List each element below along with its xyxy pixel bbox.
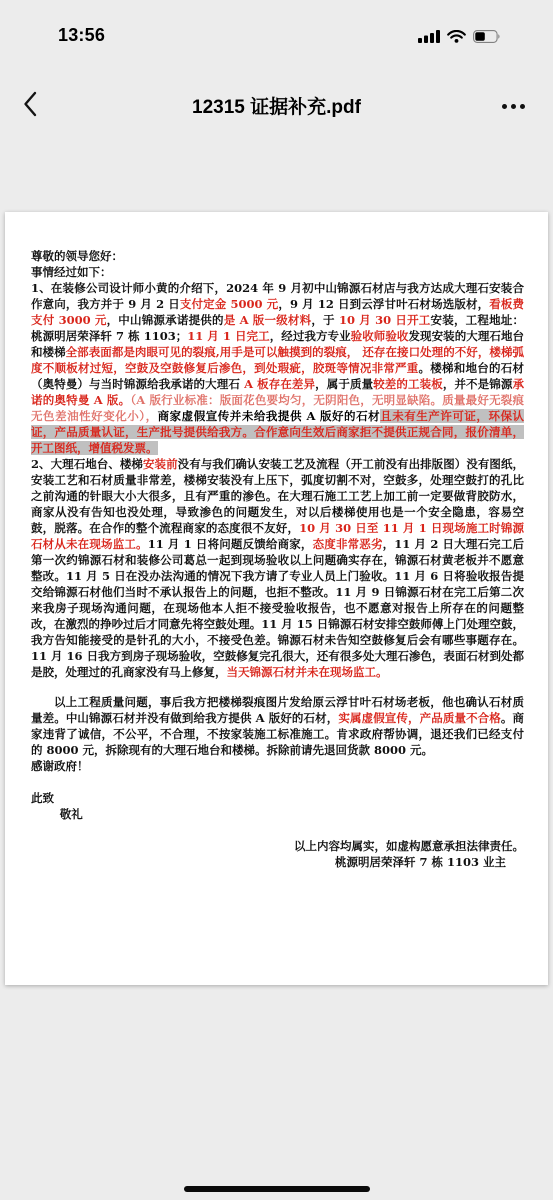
text-segment: 当天锦源石材并未在现场监工。: [227, 665, 388, 679]
battery-icon: [473, 30, 501, 43]
home-indicator[interactable]: [184, 1186, 370, 1192]
text-segment: 2、大理石地台、楼梯: [31, 457, 143, 471]
text-segment: 11 月 1 日完工: [187, 329, 269, 343]
ellipsis-icon: [502, 104, 525, 109]
text-segment: 10 月 30 日开工: [339, 313, 431, 327]
doc-paragraph: 事情经过如下：: [31, 264, 524, 280]
clock: 13:56: [58, 25, 105, 46]
chevron-left-icon: [23, 105, 37, 120]
doc-paragraph: 1、在装修公司设计师小黄的介绍下，2024 年 9 月初中山锦源石材店与我方达成…: [31, 280, 524, 456]
text-segment: 实属虚假宣传，产品质量不合格: [338, 711, 501, 725]
text-segment: 是 A 版一级材料: [224, 313, 312, 327]
text-segment: ，11 月 2 日大理石完工后第一次约锦源石材和装修公司葛总一起到现场验收以上问…: [31, 537, 524, 679]
doc-paragraph: 尊敬的领导您好：: [31, 248, 524, 264]
text-segment: A 板存在差异: [244, 377, 315, 391]
text-segment: 感谢政府！: [31, 759, 89, 773]
doc-paragraph: 感谢政府！: [31, 758, 524, 774]
doc-paragraph: 敬礼: [31, 806, 524, 822]
text-segment: 商家虚假宣传并未给我提供 A 版好的石材: [158, 409, 381, 423]
text-segment: 支付定金 5000 元: [180, 297, 278, 311]
text-segment: 态度非常恶劣: [313, 537, 383, 551]
text-segment: 尊敬的领导您好：: [31, 249, 123, 263]
text-segment: 安装前: [143, 457, 178, 471]
doc-paragraph: 以上工程质量问题，事后我方把楼梯裂痕图片发给原云浮甘叶石材场老板，他也确认石材质…: [31, 694, 524, 758]
more-button[interactable]: [502, 100, 525, 113]
text-segment: 11 月 1 日将问题反馈给商家，: [148, 537, 313, 551]
text-segment: 较差的工装板: [373, 377, 443, 391]
text-segment: ，并不是锦源: [443, 377, 513, 391]
status-icons: [418, 30, 501, 43]
nav-bar: 12315 证据补充.pdf: [0, 76, 553, 132]
doc-paragraph: 2、大理石地台、楼梯安装前没有与我们确认安装工艺及流程（开工前没有出排版图）没有…: [31, 456, 524, 680]
text-segment: 事情经过如下：: [31, 265, 112, 279]
wifi-icon: [447, 30, 466, 43]
back-button[interactable]: [20, 91, 40, 119]
text-segment: 敬礼: [60, 807, 83, 821]
text-segment: ，中山锦源承诺提供的: [107, 313, 224, 327]
text-segment: ，属于质量: [315, 377, 373, 391]
page-title: 12315 证据补充.pdf: [70, 92, 483, 119]
text-segment: 此致: [31, 791, 54, 805]
status-bar: 13:56: [0, 20, 553, 54]
text-segment: ，经过我方专业: [270, 329, 351, 343]
doc-paragraph: 桃源明居荣泽轩 7 栋 1103 业主: [31, 854, 524, 870]
doc-paragraph: 以上内容均属实，如虚构愿意承担法律责任。: [31, 838, 524, 854]
text-segment: 桃源明居荣泽轩 7 栋 1103 业主: [335, 855, 506, 869]
text-segment: 以上内容均属实，如虚构愿意承担法律责任。: [294, 839, 524, 853]
document-body: 尊敬的领导您好：事情经过如下：1、在装修公司设计师小黄的介绍下，2024 年 9…: [31, 248, 524, 870]
text-segment: ，于: [311, 313, 339, 327]
pdf-page[interactable]: 尊敬的领导您好：事情经过如下：1、在装修公司设计师小黄的介绍下，2024 年 9…: [5, 212, 548, 985]
doc-paragraph: 此致: [31, 790, 524, 806]
text-segment: ，9 月 12 日到云浮甘叶石材场选版材，: [278, 297, 489, 311]
cellular-icon: [418, 30, 440, 43]
text-segment: 验收师验收: [351, 329, 409, 343]
